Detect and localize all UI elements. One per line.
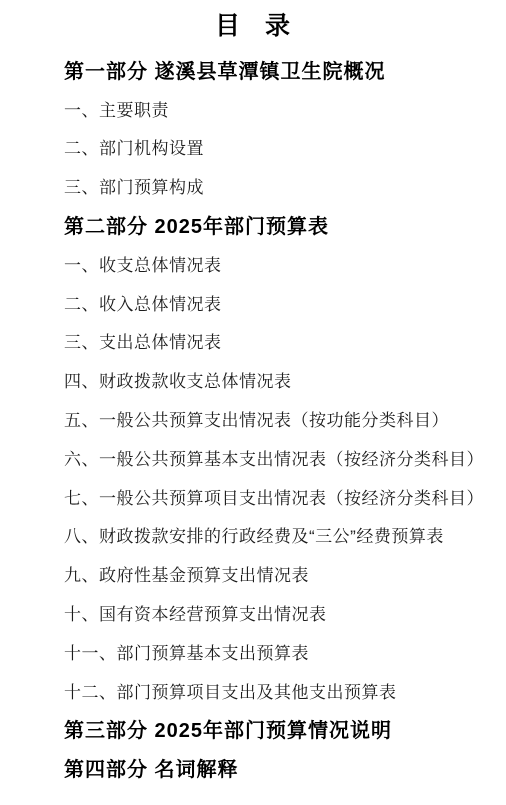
toc-item: 四、财政拨款收支总体情况表: [64, 360, 486, 399]
toc-item: 八、财政拨款安排的行政经费及“三公”经费预算表: [64, 516, 486, 555]
toc-item: 一、主要职责: [64, 89, 486, 128]
toc-item: 六、一般公共预算基本支出情况表（按经济分类科目）: [64, 438, 486, 477]
document-page: 目 录 第一部分 遂溪县草潭镇卫生院概况 一、主要职责 二、部门机构设置 三、部…: [0, 0, 506, 805]
toc-section-heading: 第一部分 遂溪县草潭镇卫生院概况: [64, 50, 486, 89]
table-of-contents: 第一部分 遂溪县草潭镇卫生院概况 一、主要职责 二、部门机构设置 三、部门预算构…: [0, 50, 506, 787]
toc-item: 五、一般公共预算支出情况表（按功能分类科目）: [64, 399, 486, 438]
toc-section-heading: 第四部分 名词解释: [64, 748, 486, 787]
toc-section-heading: 第二部分 2025年部门预算表: [64, 205, 486, 244]
toc-item: 七、一般公共预算项目支出情况表（按经济分类科目）: [64, 477, 486, 516]
toc-item: 三、支出总体情况表: [64, 322, 486, 361]
page-title: 目 录: [0, 10, 506, 42]
toc-item: 九、政府性基金预算支出情况表: [64, 554, 486, 593]
toc-section-heading: 第三部分 2025年部门预算情况说明: [64, 710, 486, 749]
toc-item: 十一、部门预算基本支出预算表: [64, 632, 486, 671]
toc-item: 二、部门机构设置: [64, 128, 486, 167]
toc-item: 十、国有资本经营预算支出情况表: [64, 593, 486, 632]
toc-item: 十二、部门预算项目支出及其他支出预算表: [64, 671, 486, 710]
toc-item: 一、收支总体情况表: [64, 244, 486, 283]
toc-item: 三、部门预算构成: [64, 166, 486, 205]
toc-item: 二、收入总体情况表: [64, 283, 486, 322]
